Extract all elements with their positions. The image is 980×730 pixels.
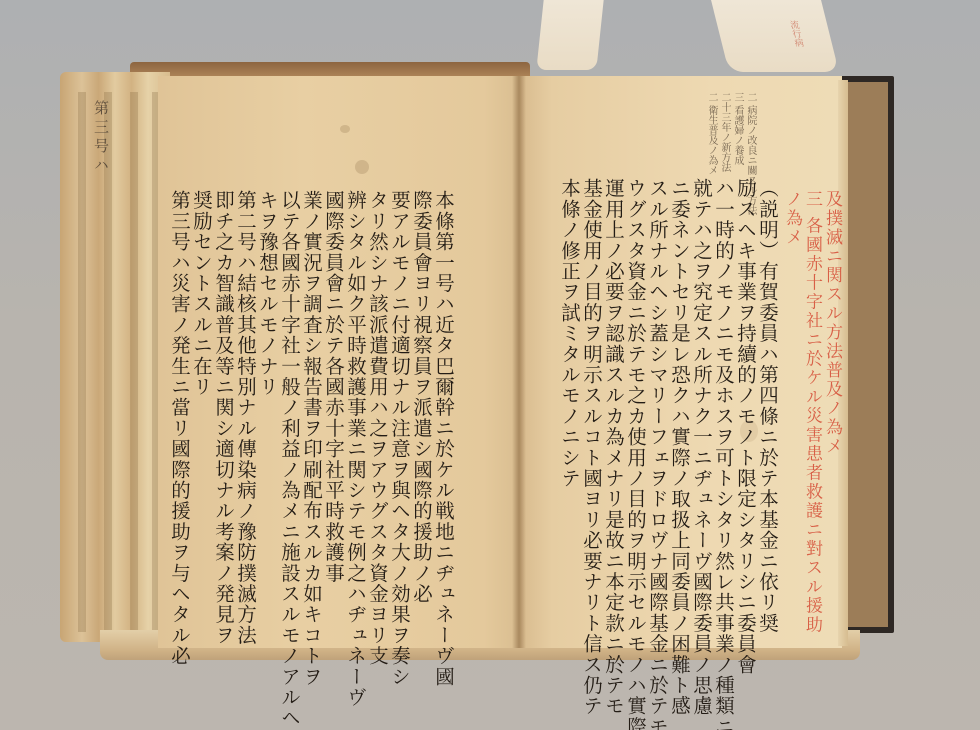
left-page-stack — [60, 72, 170, 642]
back-cover-lining — [848, 82, 888, 627]
text-column: ウグスタ資金ニ於テモ之カ使用ノ目的ヲ明示セルモノハ實際 — [624, 178, 646, 598]
text-column: タリ然シナ該派遣費用ハ之ヲアウグスタ資金ヨリ支 — [366, 190, 388, 580]
paper-slip-left — [536, 0, 603, 70]
annotation-line: ノ為メ — [782, 190, 802, 634]
text-column: 辨シタル如ク平時救護事業ニ関シテモ例之ハヂュネーヴ — [344, 190, 366, 580]
foxing-spot — [340, 125, 350, 133]
stack-edge-text: 第三号ハ — [92, 100, 112, 176]
text-column: 要アルモノニ付適切ナル注意ヲ與ヘタ大ノ効果ヲ奏シ — [388, 190, 410, 580]
text-column: 際委員會ヨリ視察員ヲ派遣シ國際的援助ノ必 — [410, 190, 432, 580]
annotation-line: 三 各國赤十字社ニ於ケル災害患者救護ニ對スル援助 — [802, 190, 822, 634]
text-column: 本條第一号ハ近タ巴爾幹ニ於ケル戦地ニヂュネーヴ國 — [432, 190, 454, 580]
text-column: ニ委ネントセリ是レ恐クハ實際ノ取扱上同委員ノ困難ト感 — [668, 178, 690, 598]
right-page-text: （説明）有賀委員ハ第四條ニ於テ本基金ニ依リ奨 励スヘキ事業ヲ持續的ノモノト限定シ… — [558, 178, 778, 598]
text-column: 励スヘキ事業ヲ持續的ノモノト限定シタリシニ委員會 — [734, 178, 756, 598]
text-column: スル所ナルヘシ蓋シマリーフェヲドロヴナ國際基金ニ於テモ又ア — [646, 178, 668, 598]
slip-red-text: 流行病 — [786, 20, 806, 47]
text-column: 本條ノ修正ヲ試ミタルモノニシテ — [558, 178, 580, 598]
book-gutter — [512, 76, 526, 648]
text-column: 即チ之カ智識普及等ニ関シ適切ナル考案ノ発見ヲ — [212, 190, 234, 580]
foxing-spot — [355, 160, 369, 174]
text-column: 第三号ハ災害ノ発生ニ當リ國際的援助ヲ与ヘタル必 — [168, 190, 190, 580]
text-column: 以テ各國赤十字社一般ノ利益ノ為メニ施設スルモノアルヘ — [278, 190, 300, 580]
text-column: 奨励セントスルニ在リ — [190, 190, 212, 580]
text-column: 國際委員會ニ於テ各國赤十字社平時救護事 — [322, 190, 344, 580]
text-column: 就テハ之ヲ究定スル所ナク一ニヂュネーヴ國際委員ノ思慮 — [690, 178, 712, 598]
text-column: （説明）有賀委員ハ第四條ニ於テ本基金ニ依リ奨 — [756, 178, 778, 598]
annotation-line: 及撲滅ニ関スル方法普及ノ為メ — [822, 190, 842, 634]
text-column: 運用上ノ必要ヲ認識スルカ為メナリ是故ニ本定款ニ於テモ — [602, 178, 624, 598]
paper-slip-right: 流行病 — [711, 0, 839, 72]
text-column: 第二号ハ結核其他特別ナル傳染病ノ豫防撲滅方法 — [234, 190, 256, 580]
text-column: キヲ豫想セルモノナリ — [256, 190, 278, 580]
left-page-text: 本條第一号ハ近タ巴爾幹ニ於ケル戦地ニヂュネーヴ國 際委員會ヨリ視察員ヲ派遣シ國際… — [168, 190, 454, 580]
text-column: 業ノ實況ヲ調査シ報告書ヲ印刷配布スルカ如キコトヲ — [300, 190, 322, 580]
red-ink-annotation: 及撲滅ニ関スル方法普及ノ為メ 三 各國赤十字社ニ於ケル災害患者救護ニ對スル援助 … — [782, 190, 842, 634]
text-column: 基金使用ノ目的ヲ明示スルコト國ヨリ必要ナリト信ス仍テ — [580, 178, 602, 598]
text-column: ハ一時的ノモノニモ及ホスヲ可トシタリ然レ共事業ノ種類ニ — [712, 178, 734, 598]
